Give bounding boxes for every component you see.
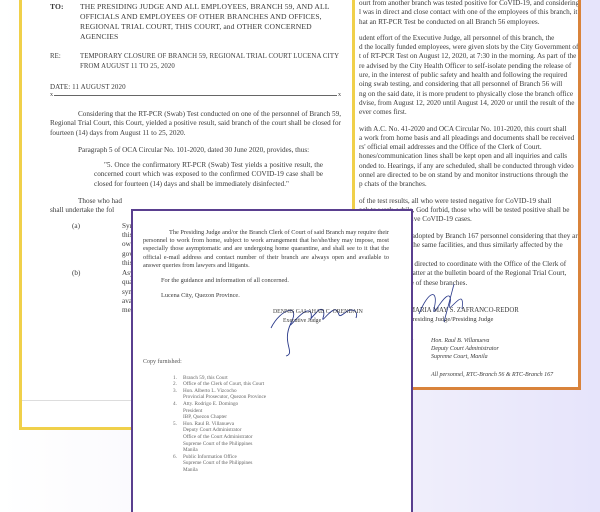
signature-scribble-icon bbox=[261, 298, 371, 358]
para3-line1: Those who had bbox=[50, 197, 341, 206]
text-line: Supreme Court of the Philippines bbox=[183, 441, 253, 448]
to-line: TO: THE PRESIDING JUDGE AND ALL EMPLOYEE… bbox=[50, 2, 341, 42]
recipient-number: 2. bbox=[173, 381, 183, 388]
text-line: ourt from another branch was tested posi… bbox=[359, 0, 564, 8]
text-line: l was in direct and close contact with o… bbox=[359, 8, 564, 17]
text-line: matter at the bulletin board of the Regi… bbox=[407, 269, 564, 278]
recipient-number: 3. bbox=[173, 388, 183, 401]
front-signatory-title: Executive Judge bbox=[273, 317, 389, 325]
item-label: (b) bbox=[50, 269, 122, 315]
text-line: Deputy Court Administrator bbox=[183, 427, 253, 434]
to-label: TO: bbox=[50, 2, 80, 42]
text-line: onded to. Hearings, if any are scheduled… bbox=[359, 162, 564, 171]
memorandum-page-front: The Presiding Judge and/or the Branch Cl… bbox=[131, 209, 413, 512]
cc-line: Supreme Court, Manila bbox=[431, 353, 499, 361]
separator-line: x x bbox=[50, 92, 341, 98]
text-line: President bbox=[183, 408, 238, 415]
text-line: Office of the Court Administrator bbox=[183, 434, 253, 441]
text-line: p chats of the branches. bbox=[359, 180, 564, 189]
copy-recipient: 2.Office of the Clerk of Court, this Cou… bbox=[173, 381, 411, 388]
text-line: Hon. Alberto L. Vizcocho bbox=[183, 388, 266, 395]
cc-line: Deputy Court Administrator bbox=[431, 345, 499, 353]
recipient-text: Hon. Alberto L. VizcochoProvincial Prose… bbox=[183, 388, 266, 401]
re-line: RE: TEMPORARY CLOSURE OF BRANCH 59, REGI… bbox=[50, 52, 341, 72]
memo-date: DATE: 11 AUGUST 2020 bbox=[50, 82, 341, 92]
text-line: rs' official email addresses and the Off… bbox=[359, 143, 564, 152]
cc-line: Hon. Raul B. Villanueva bbox=[431, 337, 499, 345]
text-line: ure, in the interest of public safety an… bbox=[359, 71, 564, 80]
text-line: Manila bbox=[183, 467, 252, 474]
right-para-3: with A.C. No. 41-2020 and OCA Circular N… bbox=[359, 125, 564, 190]
right-cc-lines: Hon. Raul B. VillanuevaDeputy Court Admi… bbox=[431, 337, 499, 361]
right-para-2: udent effort of the Executive Judge, all… bbox=[359, 34, 564, 118]
text-line: onnel are directed to be on stand by and… bbox=[359, 171, 564, 180]
text-line: hones/communication lines shall be kept … bbox=[359, 152, 564, 161]
recipient-number: 5. bbox=[173, 421, 183, 454]
front-signature-block: DENNIS GALAHAD C. ORENDAIN Executive Jud… bbox=[143, 308, 389, 344]
front-signatory-name: DENNIS GALAHAD C. ORENDAIN bbox=[273, 308, 389, 316]
text-line: re directed to coordinate with the Offic… bbox=[407, 260, 564, 269]
recipient-number: 6. bbox=[173, 454, 183, 474]
copy-recipient: 5.Hon. Raul B. VillanuevaDeputy Court Ad… bbox=[173, 421, 411, 454]
text-line: a work from home basis and all pleadings… bbox=[359, 134, 564, 143]
recipient-number: 1. bbox=[173, 375, 183, 382]
text-line: ng on the said date, it is more prudent … bbox=[359, 90, 564, 99]
text-line: Office of the Clerk of Court, this Court bbox=[183, 381, 264, 388]
quoted-provision: "5. Once the confirmatory RT-PCR (Swab) … bbox=[94, 161, 323, 189]
front-paragraph-2: For the guidance and information of all … bbox=[143, 277, 389, 285]
to-text: THE PRESIDING JUDGE AND ALL EMPLOYEES, B… bbox=[80, 2, 341, 42]
text-line: d the locally funded employees, were giv… bbox=[359, 43, 564, 52]
sep-left: x bbox=[50, 92, 53, 98]
re-label: RE: bbox=[50, 52, 80, 72]
re-text: TEMPORARY CLOSURE OF BRANCH 59, REGIONAL… bbox=[80, 52, 341, 72]
copy-furnished-label: Copy furnished: bbox=[143, 358, 389, 366]
text-line: Manila bbox=[183, 447, 253, 454]
text-line: re advised by the City Health Officer to… bbox=[359, 62, 564, 71]
text-line: udent effort of the Executive Judge, all… bbox=[359, 34, 564, 43]
text-line: Atty. Rodrigo E. Domingo bbox=[183, 401, 238, 408]
signature-scribble-icon bbox=[414, 284, 484, 324]
recipient-text: Public Information OfficeSupreme Court o… bbox=[183, 454, 252, 474]
text-line: t of RT-PCR Test on August 12, 2020, at … bbox=[359, 52, 564, 61]
paragraph-2: Paragraph 5 of OCA Circular No. 101-2020… bbox=[50, 146, 341, 155]
recipient-text: Atty. Rodrigo E. DomingoPresidentIBP, Qu… bbox=[183, 401, 238, 421]
copy-recipient: 4.Atty. Rodrigo E. DomingoPresidentIBP, … bbox=[173, 401, 411, 421]
text-line: dvise, from August 12, 2020 until August… bbox=[359, 99, 564, 108]
text-line: Hon. Raul B. Villanueva bbox=[183, 421, 253, 428]
recipient-text: Office of the Clerk of Court, this Court bbox=[183, 381, 264, 388]
recipient-text: Hon. Raul B. VillanuevaDeputy Court Admi… bbox=[183, 421, 253, 454]
text-line: hat an RT-PCR Test be conducted on all B… bbox=[359, 18, 564, 27]
sep-right: x bbox=[338, 92, 341, 98]
item-label: (a) bbox=[50, 222, 122, 268]
paragraph-1: Considering that the RT-PCR (Swab) Test … bbox=[50, 110, 341, 138]
copy-recipient: 3.Hon. Alberto L. VizcochoProvincial Pro… bbox=[173, 388, 411, 401]
text-line: oing swab testing, and considering that … bbox=[359, 80, 564, 89]
text-line: of the test results, all who were tested… bbox=[359, 197, 564, 206]
copy-recipient: 6.Public Information OfficeSupreme Court… bbox=[173, 454, 411, 474]
text-line: Provincial Prosecutor, Quezon Province bbox=[183, 394, 266, 401]
text-line: with A.C. No. 41-2020 and OCA Circular N… bbox=[359, 125, 564, 134]
text-line: IBP, Quezon Chapter bbox=[183, 414, 238, 421]
text-line: ever comes first. bbox=[359, 108, 564, 117]
front-paragraph-1: The Presiding Judge and/or the Branch Cl… bbox=[143, 229, 389, 270]
recipient-number: 4. bbox=[173, 401, 183, 421]
text-line: Supreme Court of the Philippines bbox=[183, 460, 252, 467]
right-para-1: ourt from another branch was tested posi… bbox=[359, 0, 564, 27]
copy-furnished-list: 1.Branch 59, this Court2.Office of the C… bbox=[173, 375, 411, 474]
